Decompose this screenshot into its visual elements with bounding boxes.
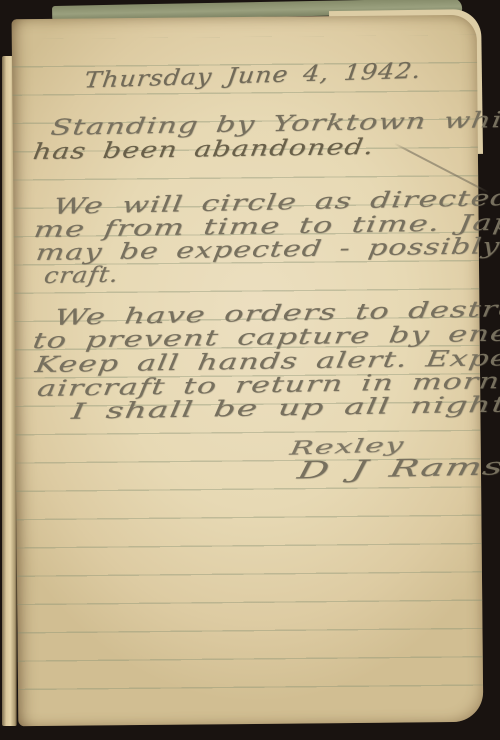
entry-line-p2-4: craft. bbox=[43, 265, 121, 288]
notebook-scan: Thursday June 4, 1942. Standing by Yorkt… bbox=[0, 0, 500, 740]
signature-name: D J Ramsey bbox=[295, 453, 500, 482]
entry-line-p1-2: has been abandoned. bbox=[31, 137, 375, 164]
diary-page: Thursday June 4, 1942. Standing by Yorkt… bbox=[12, 15, 484, 726]
